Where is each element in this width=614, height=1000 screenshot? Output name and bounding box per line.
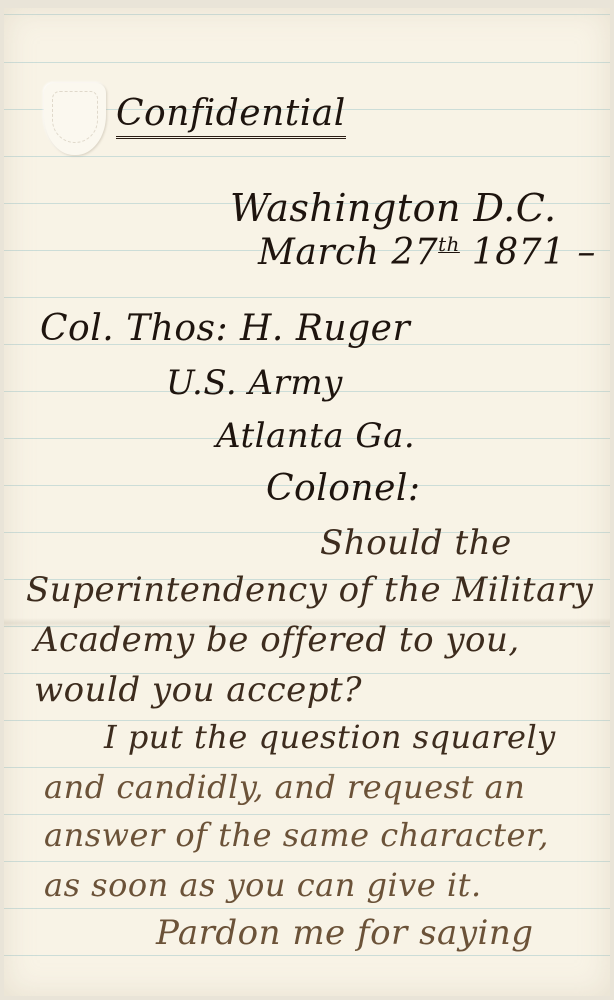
letter-date: March 27th 1871 – bbox=[258, 232, 596, 273]
letter-page: Confidential Washington D.C. March 27th … bbox=[4, 8, 610, 996]
date-ordinal: th bbox=[438, 233, 460, 256]
embossed-shield-icon bbox=[44, 83, 106, 155]
body-line-1: Should the bbox=[320, 523, 512, 563]
confidential-marking: Confidential bbox=[116, 93, 346, 139]
address-line-city: Atlanta Ga. bbox=[216, 416, 415, 456]
salutation: Colonel: bbox=[266, 468, 421, 509]
body-line-2: Superintendency of the Military bbox=[26, 570, 593, 610]
body-line-5: I put the question squarely bbox=[104, 718, 556, 756]
body-line-8: as soon as you can give it. bbox=[44, 866, 482, 904]
address-line-army: U.S. Army bbox=[166, 363, 343, 403]
body-line-6: and candidly, and request an bbox=[44, 768, 525, 806]
letter-place: Washington D.C. bbox=[230, 186, 557, 230]
body-line-9: Pardon me for saying bbox=[156, 913, 534, 953]
body-line-4: would you accept? bbox=[34, 670, 362, 710]
body-line-7: answer of the same character, bbox=[44, 816, 549, 854]
body-line-3: Academy be offered to you, bbox=[34, 620, 520, 660]
date-year: 1871 – bbox=[472, 232, 596, 273]
address-line-name: Col. Thos: H. Ruger bbox=[40, 308, 410, 349]
date-month-day: March 27 bbox=[258, 232, 438, 273]
